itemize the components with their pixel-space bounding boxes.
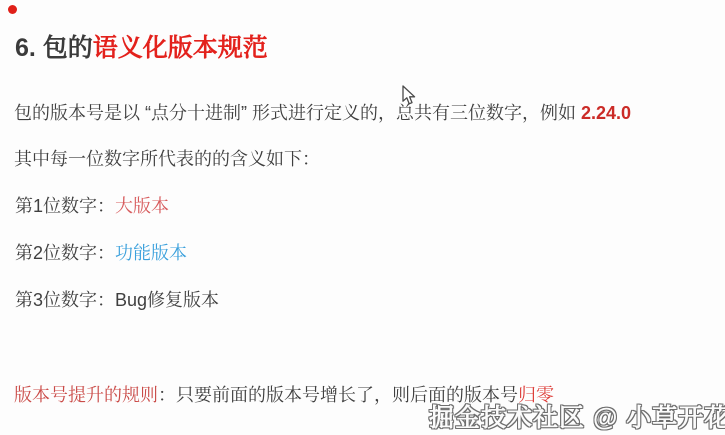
title-prefix: 6. 包的 xyxy=(15,34,93,62)
digit-line-3: 第3位数字：Bug修复版本 xyxy=(15,289,219,312)
digit-2-value: 功能版本 xyxy=(115,243,187,263)
digit-3-value: Bug修复版本 xyxy=(115,290,219,310)
digit-1-label: 第1位数字： xyxy=(15,196,115,216)
record-dot-icon xyxy=(8,5,17,14)
rule-label: 版本号提升的规则 xyxy=(14,385,158,405)
digit-line-2: 第2位数字：功能版本 xyxy=(15,242,187,265)
digit-3-label: 第3位数字： xyxy=(15,290,115,310)
intro-line: 包的版本号是以 “点分十进制” 形式进行定义的，总共有三位数字，例如2.24.0 xyxy=(14,102,631,125)
notes-page: 6. 包的语义化版本规范 包的版本号是以 “点分十进制” 形式进行定义的，总共有… xyxy=(0,0,725,435)
watermark: 掘金技术社区 @ 小草开花 xyxy=(429,398,725,434)
digit-line-1: 第1位数字：大版本 xyxy=(15,195,169,218)
meaning-line: 其中每一位数字所代表的的含义如下： xyxy=(14,148,320,171)
title-highlight: 语义化版本规范 xyxy=(93,34,268,62)
intro-text: 包的版本号是以 “点分十进制” 形式进行定义的，总共有三位数字，例如 xyxy=(14,103,576,123)
digit-1-value: 大版本 xyxy=(115,196,169,216)
mouse-arrow-cursor xyxy=(402,85,417,112)
page-title: 6. 包的语义化版本规范 xyxy=(15,33,268,64)
version-example: 2.24.0 xyxy=(581,103,631,123)
digit-2-label: 第2位数字： xyxy=(15,243,115,263)
